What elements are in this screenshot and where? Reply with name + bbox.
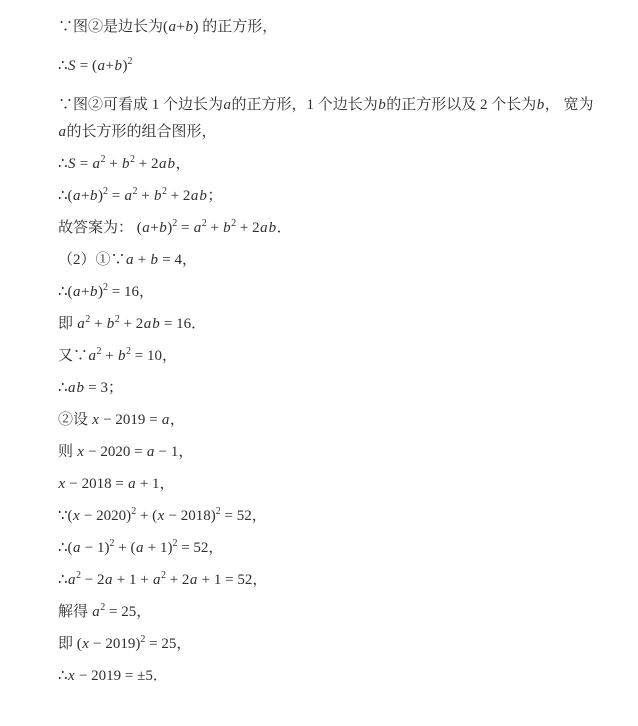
math-variable: b (117, 348, 126, 364)
math-superscript: 2 (132, 186, 137, 197)
document-line: ∵图②是边长为(a+b) 的正方形， (58, 14, 594, 41)
document-line: 则 x − 2020 = a − 1， (58, 439, 594, 466)
math-variable: b (185, 19, 194, 35)
math-variable: a (68, 572, 77, 588)
math-variable: b (114, 58, 123, 74)
math-variable: x (157, 508, 165, 524)
math-variable: a (135, 540, 144, 556)
math-superscript: 2 (140, 634, 145, 645)
document-line: x − 2018 = a + 1， (58, 471, 594, 498)
math-superscript: 2 (216, 506, 221, 517)
math-variable: a (143, 316, 152, 332)
math-variable: x (68, 668, 76, 684)
math-variable: S (68, 58, 77, 74)
math-superscript: 2 (130, 154, 135, 165)
math-variable: b (121, 156, 130, 172)
document-line: 即 (x − 2019)2 = 25， (58, 631, 594, 658)
math-variable: a (68, 380, 77, 396)
math-variable: b (90, 188, 99, 204)
math-variable: x (73, 508, 81, 524)
math-variable: a (97, 58, 106, 74)
math-variable: a (161, 412, 170, 428)
math-variable: b (153, 188, 162, 204)
document-line: ∴a2 − 2a + 1 + a2 + 2a + 1 = 52， (58, 567, 594, 594)
math-variable: a (73, 284, 82, 300)
math-variable: b (536, 97, 545, 113)
math-superscript: 2 (231, 218, 236, 229)
document-line: ∴(a+b)2 = 16， (58, 279, 594, 306)
document-line: ②设 x − 2019 = a， (58, 407, 594, 434)
math-variable: a (168, 19, 177, 35)
math-variable: a (190, 188, 199, 204)
math-superscript: 2 (76, 570, 81, 581)
math-variable: a (158, 156, 167, 172)
math-variable: a (73, 188, 82, 204)
document-line: ∵图②可看成 1 个边长为a的正方形，1 个边长为b的正方形以及 2 个长为b，… (58, 92, 594, 146)
math-variable: a (58, 124, 67, 140)
math-variable: b (150, 252, 159, 268)
math-variable: b (76, 380, 85, 396)
math-variable: a (189, 572, 198, 588)
solution-document: ∵图②是边长为(a+b) 的正方形，∴S = (a+b)2∵图②可看成 1 个边… (0, 0, 638, 726)
math-variable: a (128, 476, 137, 492)
math-variable: b (167, 156, 176, 172)
document-line: ∴(a − 1)2 + (a + 1)2 = 52， (58, 535, 594, 562)
document-line: 解得 a2 = 25， (58, 599, 594, 626)
document-line: ∴ab = 3； (58, 375, 594, 402)
math-variable: a (92, 604, 101, 620)
math-variable: a (92, 156, 101, 172)
math-superscript: 2 (100, 602, 105, 613)
math-variable: b (378, 97, 387, 113)
document-line: 又∵a2 + b2 = 10， (58, 343, 594, 370)
math-variable: b (268, 220, 277, 236)
math-variable: x (58, 476, 66, 492)
math-superscript: 2 (202, 218, 207, 229)
math-variable: b (199, 188, 208, 204)
math-variable: a (223, 97, 232, 113)
document-line: ∴(a+b)2 = a2 + b2 + 2ab； (58, 183, 594, 210)
math-variable: a (105, 572, 114, 588)
math-variable: b (106, 316, 115, 332)
document-line: ∴x − 2019 = ±5． (58, 663, 594, 690)
math-variable: S (68, 156, 77, 172)
math-superscript: 2 (115, 314, 120, 325)
math-variable: a (146, 444, 155, 460)
math-superscript: 2 (161, 570, 166, 581)
math-superscript: 2 (172, 218, 177, 229)
math-superscript: 2 (162, 186, 167, 197)
document-line: ∵(x − 2020)2 + (x − 2018)2 = 52， (58, 503, 594, 530)
math-variable: x (92, 412, 100, 428)
math-variable: b (152, 316, 161, 332)
document-line: ∴S = (a+b)2 (58, 53, 594, 80)
math-superscript: 2 (85, 314, 90, 325)
math-superscript: 2 (103, 186, 108, 197)
math-superscript: 2 (126, 346, 131, 357)
math-variable: a (193, 220, 202, 236)
math-superscript: 2 (97, 346, 102, 357)
document-line: （2）①∵a + b = 4， (58, 247, 594, 274)
document-line: 故答案为： (a+b)2 = a2 + b2 + 2ab． (58, 215, 594, 242)
math-variable: x (82, 636, 90, 652)
math-variable: a (88, 348, 97, 364)
math-superscript: 2 (101, 154, 106, 165)
math-variable: a (73, 540, 82, 556)
math-variable: a (77, 316, 86, 332)
math-variable: b (223, 220, 232, 236)
math-superscript: 2 (131, 506, 136, 517)
math-variable: b (90, 284, 99, 300)
document-line: ∴S = a2 + b2 + 2ab， (58, 151, 594, 178)
math-variable: x (77, 444, 85, 460)
math-variable: a (152, 572, 161, 588)
math-superscript: 2 (172, 538, 177, 549)
math-superscript: 2 (127, 56, 132, 67)
math-variable: a (126, 252, 135, 268)
math-variable: a (142, 220, 151, 236)
math-variable: b (159, 220, 168, 236)
document-line: 即 a2 + b2 + 2ab = 16． (58, 311, 594, 338)
math-superscript: 2 (103, 282, 108, 293)
math-superscript: 2 (110, 538, 115, 549)
math-variable: a (260, 220, 269, 236)
